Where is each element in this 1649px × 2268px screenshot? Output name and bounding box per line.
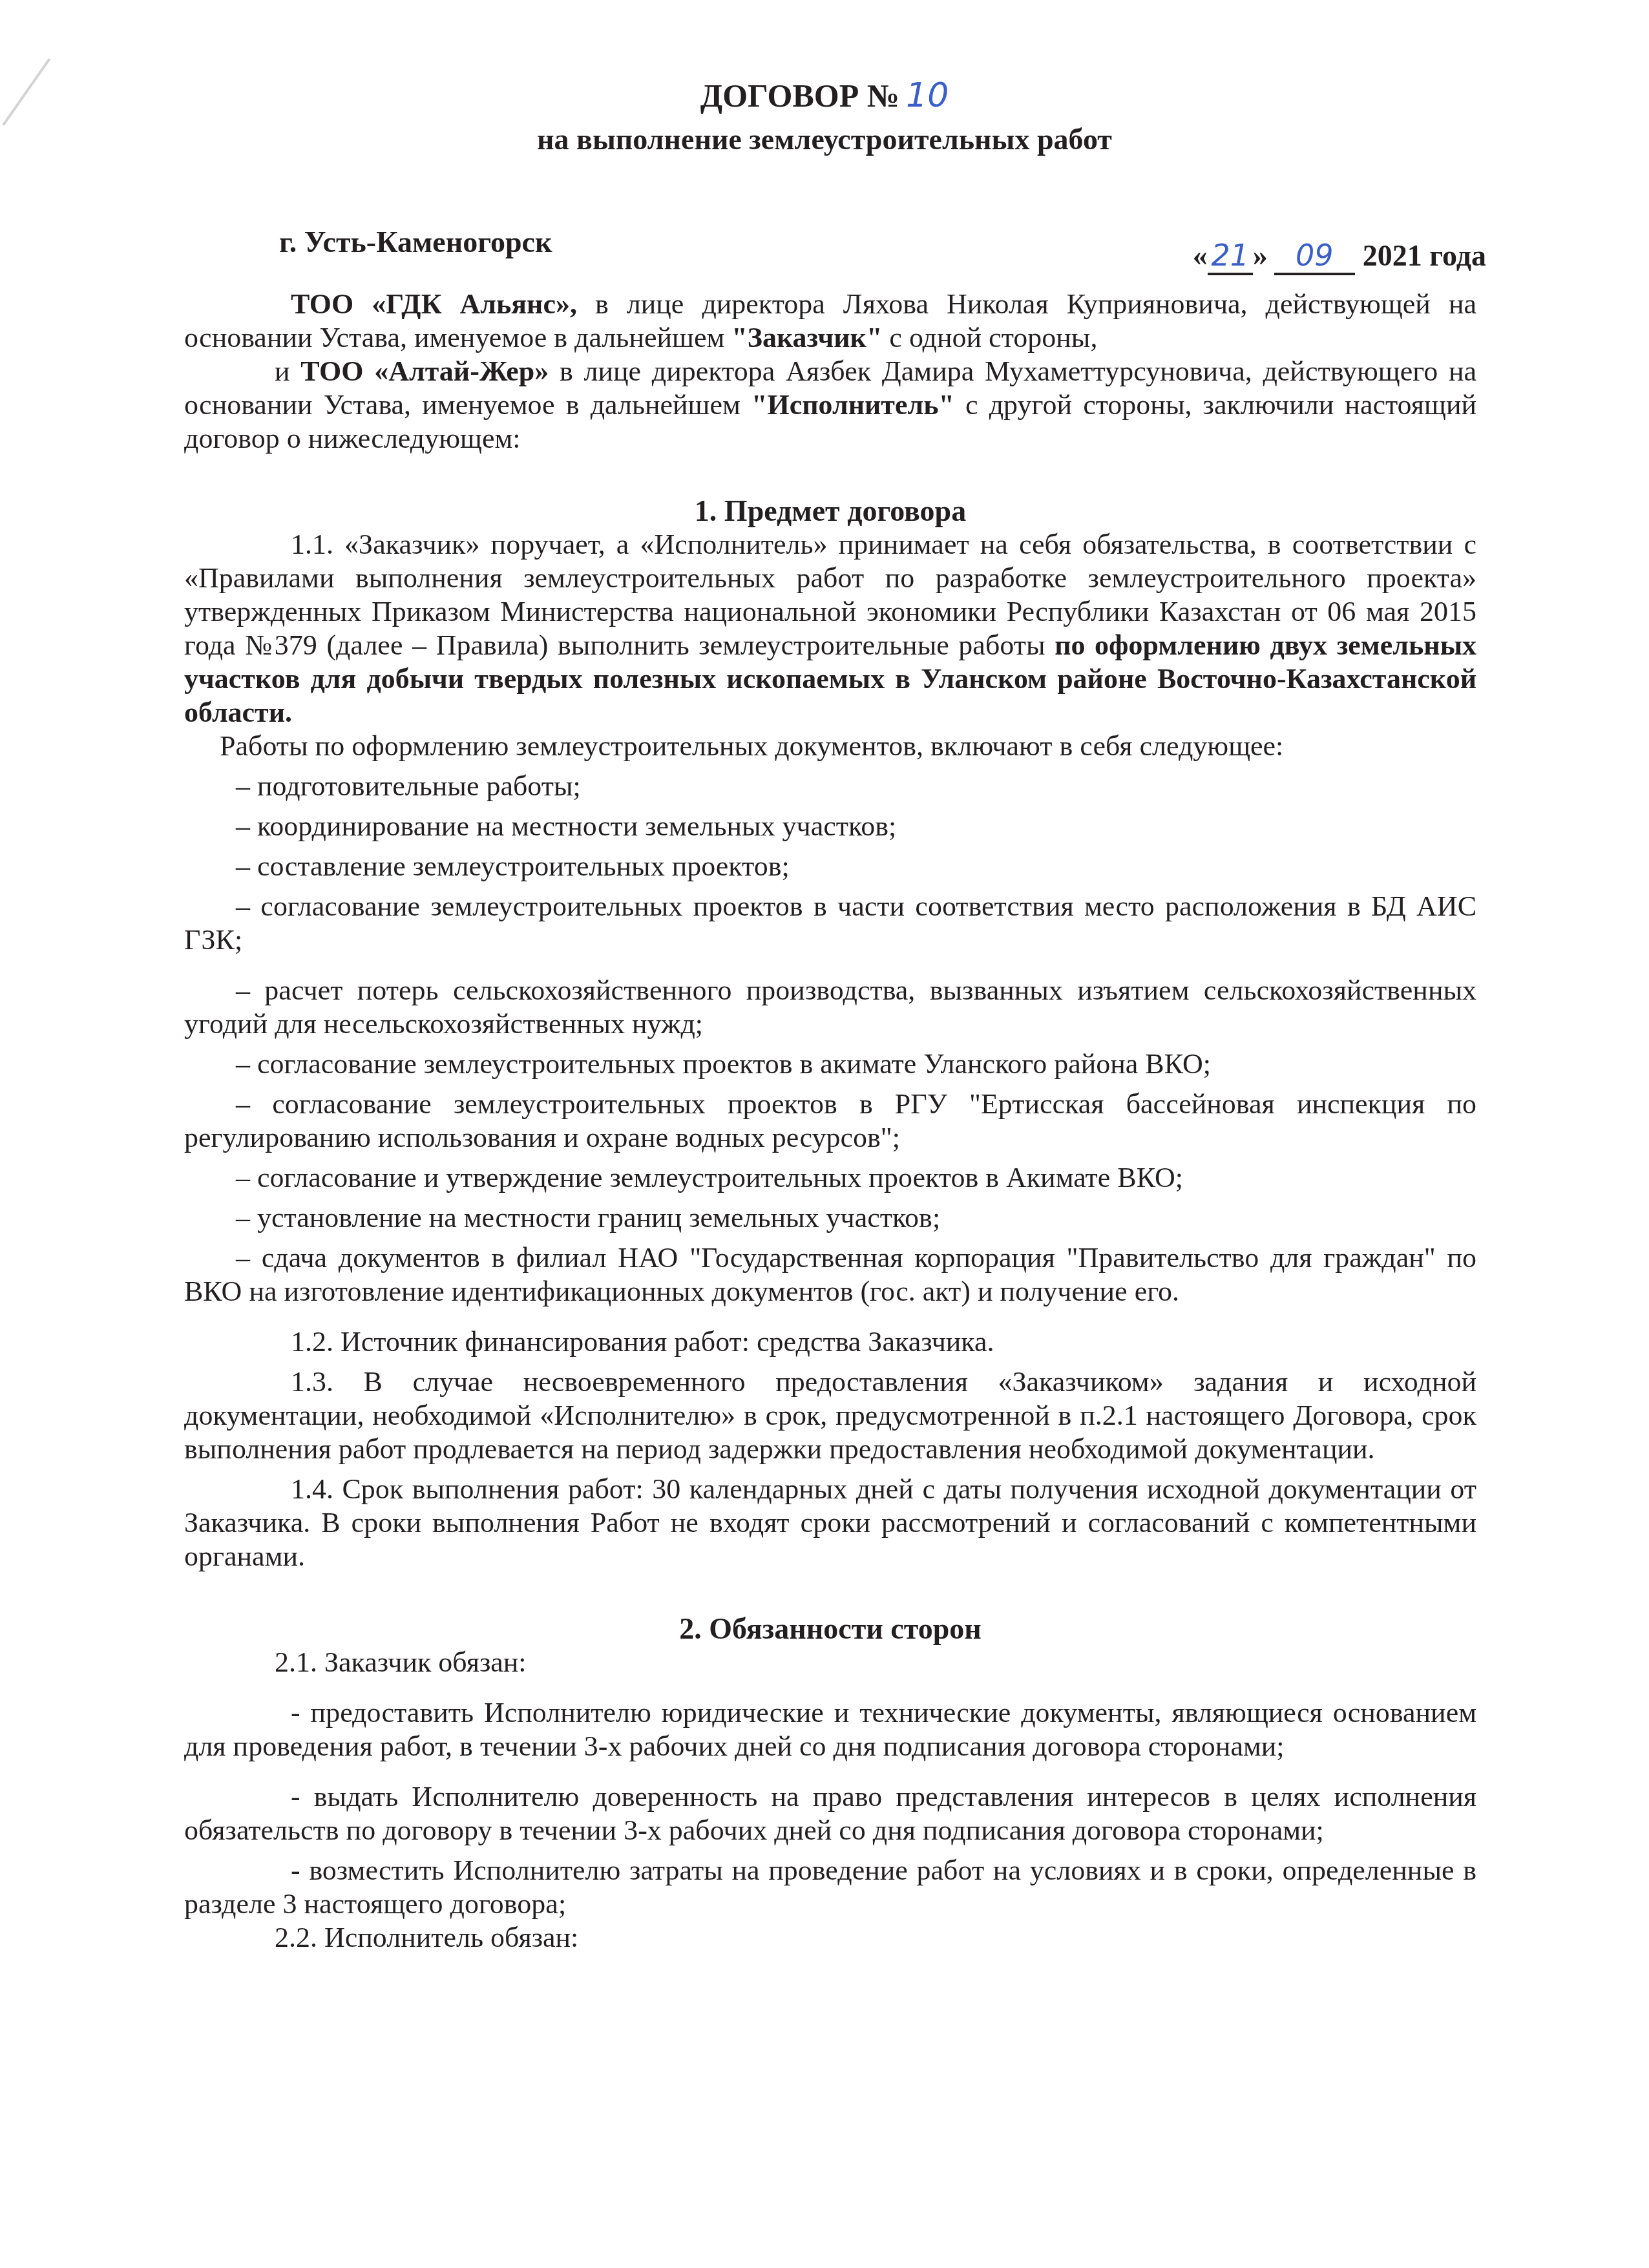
clause-2-2-title: 2.2. Исполнитель обязан: <box>184 1921 1476 1955</box>
party2-name: ТОО «Алтай-Жер» <box>300 355 549 387</box>
work-item: – согласование землеустроительных проект… <box>184 890 1476 957</box>
handwritten-month: 09 <box>1274 238 1355 275</box>
preamble-party1: ТОО «ГДК Альянс», в лице директора Ляхов… <box>184 288 1476 355</box>
date-close-quote: » <box>1253 239 1268 272</box>
work-item: – согласование землеустроительных проект… <box>184 1087 1476 1155</box>
work-item: – установление на местности границ земел… <box>184 1201 1476 1235</box>
party1-role: "Заказчик" <box>731 322 882 353</box>
work-item: – составление землеустроительных проекто… <box>184 850 1476 883</box>
obligation-item: - возместить Исполнителю затраты на пров… <box>184 1854 1476 1921</box>
clause-1-4: 1.4. Срок выполнения работ: 30 календарн… <box>184 1473 1476 1573</box>
works-intro: Работы по оформлению землеустроительных … <box>184 730 1476 763</box>
title-prefix: ДОГОВОР № <box>700 78 899 114</box>
date-year: 2021 года <box>1363 239 1486 272</box>
contract-page: ДОГОВОР №10 на выполнение землеустроител… <box>0 0 1649 2268</box>
work-item: – согласование и утверждение землеустрои… <box>184 1161 1476 1195</box>
obligation-item: - предоставить Исполнителю юридические и… <box>184 1696 1476 1763</box>
party2-lead: и <box>275 355 300 387</box>
handwritten-day: 21 <box>1208 238 1253 275</box>
work-item: – координирование на местности земельных… <box>184 810 1476 843</box>
section2-heading: 2. Обязанности сторон <box>184 1612 1476 1646</box>
work-item: – сдача документов в филиал НАО "Государ… <box>184 1241 1476 1308</box>
clause-2-1-title: 2.1. Заказчик обязан: <box>184 1646 1476 1679</box>
work-item: – подготовительные работы; <box>184 770 1476 803</box>
party2-role: "Исполнитель" <box>751 389 954 421</box>
clause-1-2: 1.2. Источник финансирования работ: сред… <box>184 1325 1476 1359</box>
contract-date: «21»092021 года <box>1193 238 1486 275</box>
document-subtitle: на выполнение землеустроительных работ <box>0 121 1649 158</box>
obligation-item: - выдать Исполнителю доверенность на пра… <box>184 1780 1476 1847</box>
party1-tail: с одной стороны, <box>882 322 1097 353</box>
party1-name: ТОО «ГДК Альянс», <box>291 288 577 320</box>
document-title: ДОГОВОР №10 <box>0 76 1649 115</box>
work-item: – согласование землеустроительных проект… <box>184 1047 1476 1081</box>
handwritten-contract-number: 10 <box>906 76 949 115</box>
contract-body: ТОО «ГДК Альянс», в лице директора Ляхов… <box>184 288 1476 1955</box>
work-item: – расчет потерь сельскохозяйственного пр… <box>184 974 1476 1041</box>
date-open-quote: « <box>1193 239 1208 272</box>
clause-1-1: 1.1. «Заказчик» поручает, а «Исполнитель… <box>184 528 1476 730</box>
city-label: г. Усть-Каменогорск <box>279 225 552 259</box>
preamble-party2: и ТОО «Алтай-Жер» в лице директора Аязбе… <box>184 355 1476 456</box>
section1-heading: 1. Предмет договора <box>184 494 1476 528</box>
clause-1-3: 1.3. В случае несвоевременного предостав… <box>184 1365 1476 1466</box>
